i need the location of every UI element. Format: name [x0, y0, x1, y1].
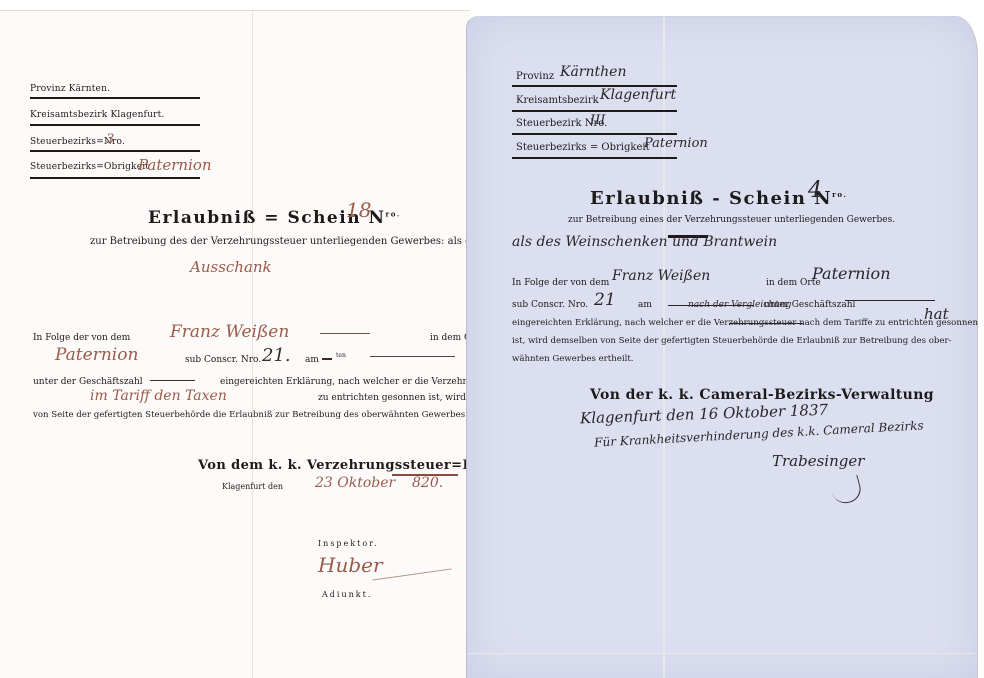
right-field-underline	[512, 133, 677, 135]
left-tariff-clause-handwritten: im Tariff den Taxen	[90, 388, 227, 404]
left-year-handwritten: 820.	[412, 475, 443, 491]
right-field-kreisamt-value: Klagenfurt	[600, 87, 676, 103]
right-line3-handwritten: hat	[924, 305, 949, 323]
left-conscr-label: sub Conscr. Nro.	[185, 355, 261, 365]
right-subtitle: zur Betreibung eines der Verzehrungssteu…	[568, 215, 895, 225]
right-field-provinz-label: Provinz	[516, 71, 554, 82]
right-permit-document	[466, 16, 978, 678]
left-place-date-label: Klagenfurt den	[222, 482, 283, 491]
right-applicant-handwritten: Franz Weißen	[612, 268, 710, 284]
right-am-label: am	[638, 300, 652, 310]
left-signature: Huber	[318, 553, 383, 577]
left-body-line3-prefix: unter der Geschäftszahl	[33, 377, 143, 387]
left-conscr-number: 21.	[262, 345, 291, 366]
left-am-dash	[322, 358, 332, 360]
left-field-underline	[30, 150, 200, 152]
left-body-line5: von Seite der gefertigten Steuerbehörde …	[33, 410, 503, 420]
left-field-steuerbezirk-value: 3	[106, 132, 114, 147]
left-ink-flourish	[320, 333, 370, 334]
left-permit-number: 18	[346, 198, 371, 222]
right-body-line5: wähnten Gewerbes ertheilt.	[512, 354, 634, 364]
right-field-obrigkeit-label: Steuerbezirks = Obrigkeit	[516, 142, 650, 153]
right-permit-number: 4	[808, 178, 822, 203]
left-field-kreisamtsbezirk: Kreisamtsbezirk Klagenfurt.	[30, 110, 164, 120]
left-place-handwritten: Paternion	[55, 345, 138, 365]
left-field-provinz: Provinz Kärnten.	[30, 84, 110, 94]
right-conscr-label: sub Conscr. Nro.	[512, 300, 588, 310]
left-signature-role-bottom: Adiunkt.	[322, 590, 372, 599]
left-field-obrigkeit-label: Steuerbezirks=Obrigkeit	[30, 162, 149, 172]
left-trade-handwritten: Ausschank	[190, 258, 272, 276]
paper-fold-line-horizontal	[467, 653, 977, 654]
right-strikethrough	[729, 323, 803, 324]
right-field-kreisamt-label: Kreisamtsbezirk	[516, 95, 599, 106]
right-title-text: Erlaubniß - Schein N	[590, 188, 832, 209]
paper-fold-line	[663, 17, 665, 678]
left-field-obrigkeit-value: Paternion	[138, 156, 212, 174]
left-applicant-handwritten: Franz Weißen	[170, 322, 289, 342]
right-field-provinz-value: Kärnthen	[560, 64, 626, 80]
right-field-obrigkeit-value: Paternion	[644, 136, 708, 151]
left-title-suffix: ro.	[386, 209, 401, 218]
right-trade-handwritten: als des Weinschenken und Brantwein	[512, 234, 777, 250]
right-geschaeft-blank-line	[845, 300, 935, 301]
right-insertion-handwritten: nach der Vergleichung	[688, 300, 791, 310]
right-conscr-number: 21	[594, 290, 616, 310]
right-field-underline	[512, 157, 677, 159]
left-body-line1-prefix: In Folge der von dem	[33, 333, 130, 343]
right-place-handwritten: Paternion	[812, 264, 891, 283]
right-issuing-authority: Von der k. k. Cameral-Bezirks-Verwaltung	[590, 387, 934, 403]
left-subtitle: zur Betreibung des der Verzehrungssteuer…	[90, 236, 483, 247]
left-am-label: am	[305, 355, 319, 365]
left-signature-role-top: Inspektor.	[318, 539, 379, 548]
left-field-underline	[30, 124, 200, 126]
left-field-underline	[30, 97, 200, 99]
right-signature: Trabesinger	[772, 452, 864, 470]
left-date-handwritten: 23 Oktober	[315, 475, 395, 491]
paper-fold-line	[252, 11, 253, 678]
right-body-line1-prefix: In Folge der von dem	[512, 278, 609, 288]
right-field-underline	[512, 110, 677, 112]
left-geschaeft-dash	[150, 380, 195, 381]
right-body-line4: ist, wird demselben von Seite der gefert…	[512, 336, 952, 346]
left-am-suffix: ten	[336, 352, 346, 359]
right-title-suffix: ro.	[832, 190, 847, 199]
left-blank-line	[370, 356, 455, 357]
left-field-underline	[30, 177, 200, 179]
right-field-steuerbezirk-value: III	[590, 113, 605, 128]
